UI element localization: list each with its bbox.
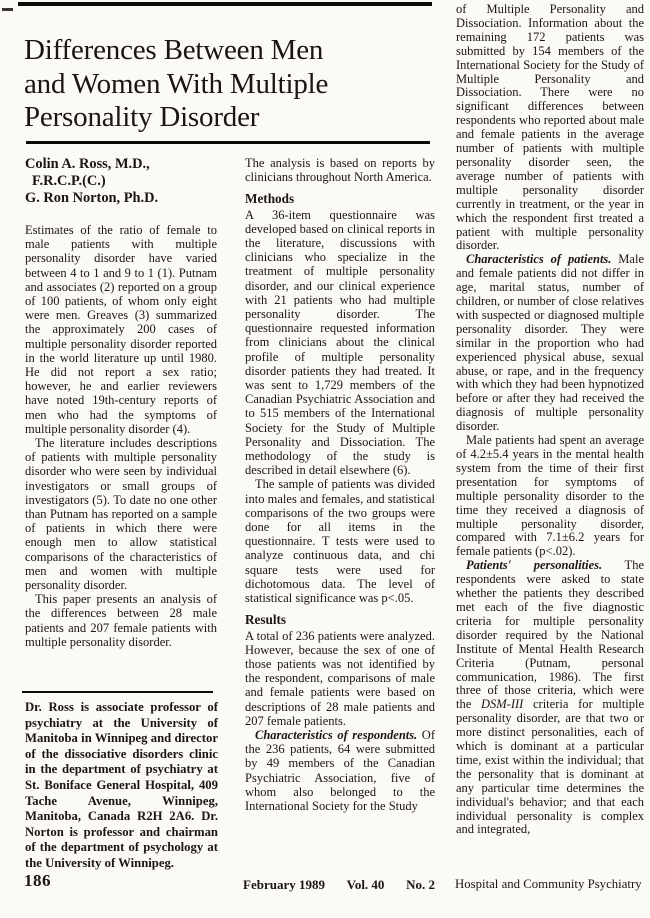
italic-term: DSM-III — [481, 697, 523, 711]
section-heading-methods: Methods — [245, 192, 435, 206]
journal-name: Hospital and Community Psychiatry — [455, 877, 645, 892]
journal-page: Differences Between Men and Women With M… — [0, 0, 650, 918]
issue-number: No. 2 — [406, 877, 435, 893]
article-title: Differences Between Men and Women With M… — [24, 34, 430, 135]
footer-issue-info: February 1989 Vol. 40 No. 2 — [243, 877, 435, 893]
body-paragraph: of Multiple Personality and Dissociation… — [456, 3, 644, 253]
author-name: Colin A. Ross, M.D., — [25, 156, 217, 173]
runin-heading-respondents: Characteristics of respondents. — [255, 728, 417, 742]
section-heading-results: Results — [245, 613, 435, 627]
body-paragraph: The literature includes descriptions of … — [25, 436, 217, 592]
body-paragraph: Estimates of the ratio of female to male… — [25, 223, 217, 436]
page-number: 186 — [24, 871, 51, 891]
author-affiliation-footnote: Dr. Ross is associate professor of psych… — [25, 700, 218, 872]
body-paragraph: The analysis is based on reports by clin… — [245, 156, 435, 184]
body-paragraph: Patients' personalities. The respondents… — [456, 559, 644, 837]
column-left: Colin A. Ross, M.D., F.R.C.P.(C.) G. Ron… — [25, 156, 217, 684]
top-rule — [18, 2, 432, 6]
title-divider-rule — [26, 141, 430, 144]
author-credentials: F.R.C.P.(C.) — [25, 173, 217, 190]
paragraph-text: Male and female patients did not differ … — [456, 252, 644, 433]
body-paragraph: Male patients had spent an average of 4.… — [456, 434, 644, 559]
author-block: Colin A. Ross, M.D., F.R.C.P.(C.) G. Ron… — [25, 156, 217, 207]
body-paragraph: Characteristics of patients. Male and fe… — [456, 253, 644, 434]
body-paragraph: A 36-item questionnaire was developed ba… — [245, 208, 435, 478]
body-paragraph: This paper presents an analysis of the d… — [25, 592, 217, 649]
runin-heading-personalities: Patients' personalities. — [466, 558, 602, 572]
column-middle: The analysis is based on reports by clin… — [245, 156, 435, 870]
title-line: Personality Disorder — [24, 101, 430, 135]
body-paragraph: The sample of patients was divided into … — [245, 477, 435, 605]
scan-artifact-dash — [2, 8, 13, 11]
paragraph-text: The respondents were asked to state whet… — [456, 558, 644, 711]
issue-volume: Vol. 40 — [347, 877, 385, 893]
runin-heading-patients: Characteristics of patients. — [466, 252, 611, 266]
footnote-rule — [22, 691, 213, 693]
body-paragraph: Characteristics of respondents. Of the 2… — [245, 728, 435, 813]
issue-date: February 1989 — [243, 877, 325, 893]
title-line: and Women With Multiple — [24, 68, 430, 102]
title-line: Differences Between Men — [24, 34, 430, 68]
author-name: G. Ron Norton, Ph.D. — [25, 190, 217, 207]
body-paragraph: A total of 236 patients were analyzed. H… — [245, 629, 435, 728]
column-right: of Multiple Personality and Dissociation… — [456, 3, 644, 869]
paragraph-text: criteria for multiple personality disord… — [456, 697, 644, 836]
